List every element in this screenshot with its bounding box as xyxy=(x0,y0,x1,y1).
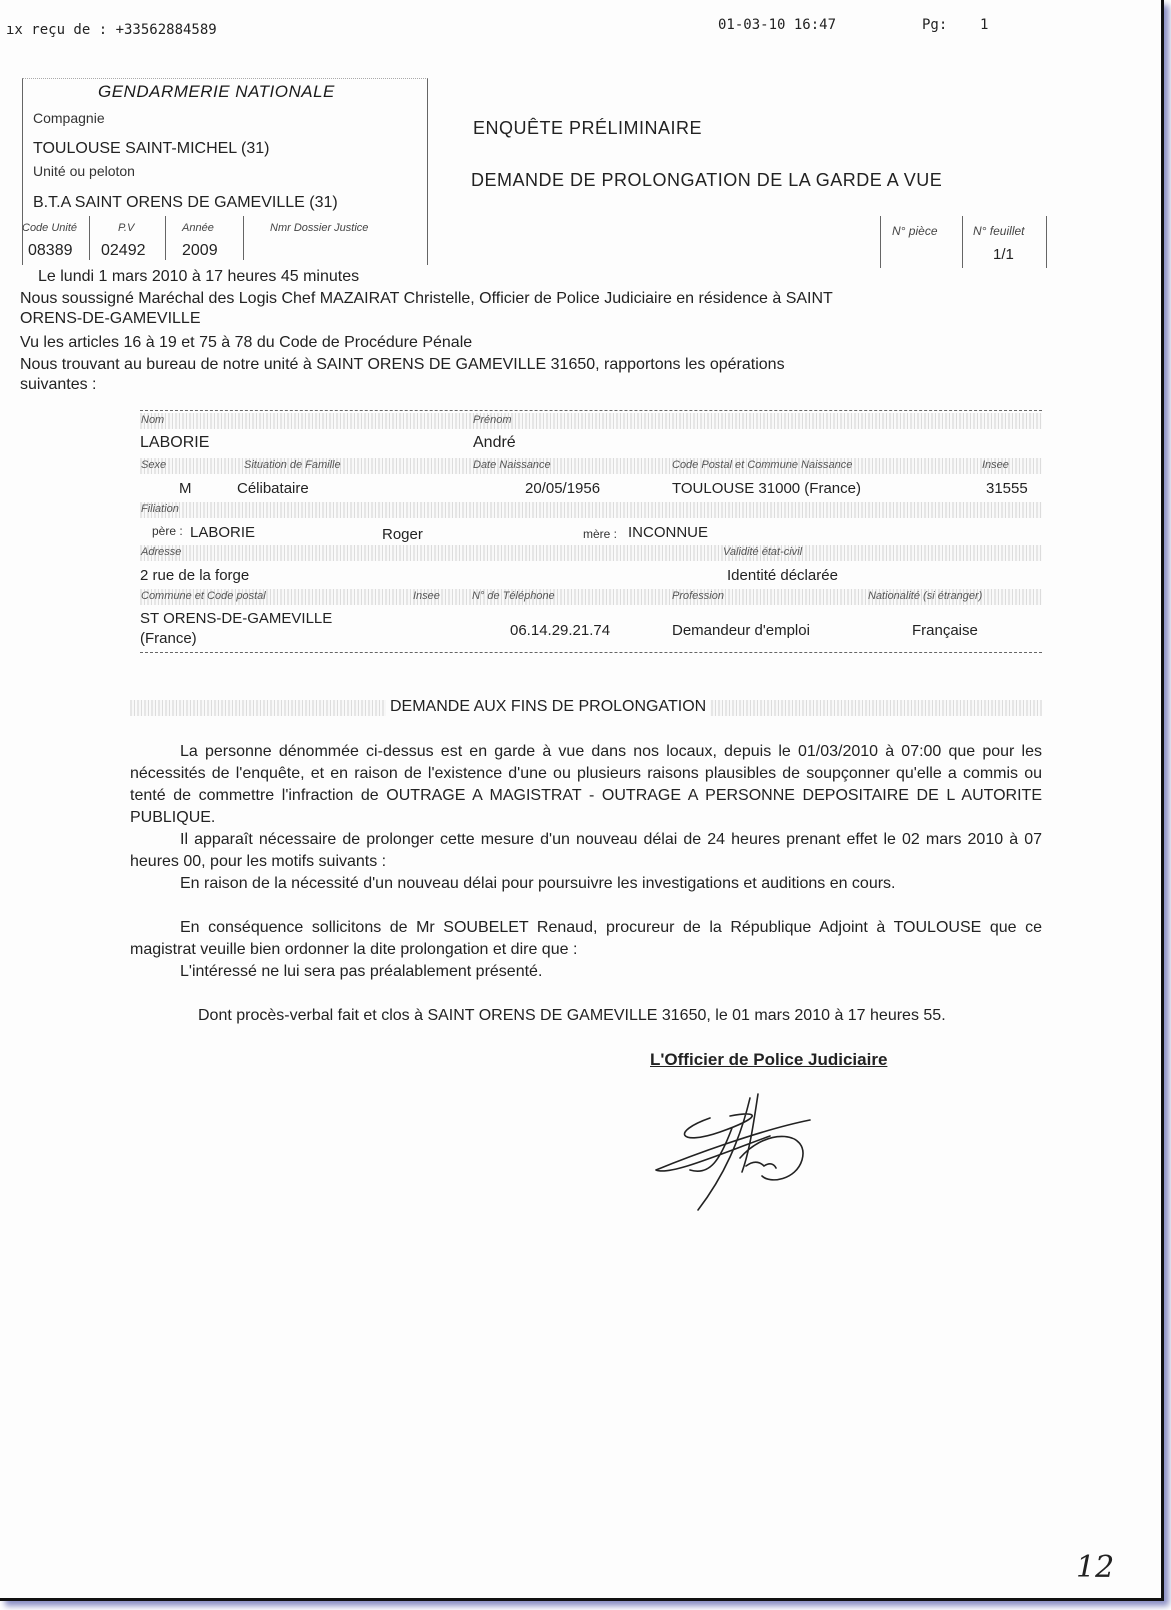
location-line-1: Nous trouvant au bureau de notre unité à… xyxy=(20,354,785,376)
nationalite-label: Nationalité (si étranger) xyxy=(868,590,982,602)
divider xyxy=(243,216,244,260)
officer-line-1: Nous soussigné Maréchal des Logis Chef M… xyxy=(20,288,833,310)
dossier-justice-label: Nmr Dossier Justice xyxy=(270,222,368,234)
lieu-naissance-label: Code Postal et Commune Naissance xyxy=(672,459,852,471)
pere-nom: LABORIE xyxy=(190,524,255,541)
paragraph-extension: Il apparaît nécessaire de prolonger cett… xyxy=(130,829,1042,873)
fax-page-number: 1 xyxy=(980,17,988,33)
fax-datetime: 01-03-10 16:47 xyxy=(718,17,836,33)
annee-value: 2009 xyxy=(182,242,218,260)
prenom-value: André xyxy=(473,434,516,452)
validite-label: Validité état-civil xyxy=(723,546,802,558)
label-band xyxy=(140,502,1042,518)
articles-line: Vu les articles 16 à 19 et 75 à 78 du Co… xyxy=(20,332,472,354)
code-unite-value: 08389 xyxy=(28,242,73,260)
date-line: Le lundi 1 mars 2010 à 17 heures 45 minu… xyxy=(38,266,359,288)
prenom-label: Prénom xyxy=(473,414,512,426)
signature-icon xyxy=(650,1080,840,1220)
divider xyxy=(1046,216,1047,268)
commune-label: Commune et Code postal xyxy=(141,590,266,602)
adresse-value: 2 rue de la forge xyxy=(140,567,249,584)
naissance-value: 20/05/1956 xyxy=(525,480,600,497)
piece-label: N° pièce xyxy=(892,224,938,238)
label-band xyxy=(140,545,1042,561)
company-label: Compagnie xyxy=(33,110,105,126)
situation-value: Célibataire xyxy=(237,480,309,497)
officer-line-2: ORENS-DE-GAMEVILLE xyxy=(20,308,200,330)
paragraph-request: En conséquence sollicitons de Mr SOUBELE… xyxy=(130,917,1042,961)
nom-value: LABORIE xyxy=(140,434,209,452)
code-unite-label: Code Unité xyxy=(22,222,77,234)
mere-label: mère : xyxy=(583,527,617,541)
validite-value: Identité déclarée xyxy=(727,567,838,584)
sexe-value: M xyxy=(179,480,192,497)
insee-value: 31555 xyxy=(986,480,1028,497)
unit-value: B.T.A SAINT ORENS DE GAMEVILLE (31) xyxy=(33,194,338,212)
handwritten-page-number: 12 xyxy=(1076,1550,1114,1585)
feuillet-value: 1/1 xyxy=(993,246,1014,263)
pv-value: 02492 xyxy=(101,242,146,260)
telephone-label: N° de Téléphone xyxy=(472,590,555,602)
situation-label: Situation de Famille xyxy=(244,459,341,471)
sexe-label: Sexe xyxy=(141,459,166,471)
unit-label: Unité ou peloton xyxy=(33,163,135,179)
location-line-2: suivantes : xyxy=(20,374,96,396)
fax-received-from: ıx reçu de : +33562884589 xyxy=(6,22,217,38)
paragraph-presentation: L'intéressé ne lui sera pas préalablemen… xyxy=(130,961,1042,983)
profession-value: Demandeur d'emploi xyxy=(672,622,810,639)
divider xyxy=(880,216,881,268)
lieu-naissance-value: TOULOUSE 31000 (France) xyxy=(672,480,861,497)
adresse-label: Adresse xyxy=(141,546,181,558)
scanned-document-page: ıx reçu de : +33562884589 01-03-10 16:47… xyxy=(0,0,1164,1601)
divider xyxy=(165,216,166,260)
divider xyxy=(140,410,1042,412)
telephone-value: 06.14.29.21.74 xyxy=(510,622,610,639)
paragraph-closing: Dont procès-verbal fait et clos à SAINT … xyxy=(130,1005,1042,1027)
commune-value-line-2: (France) xyxy=(140,630,197,647)
divider xyxy=(140,652,1042,654)
pv-label: P.V xyxy=(118,222,134,234)
insee2-label: Insee xyxy=(413,590,440,602)
annee-label: Année xyxy=(182,222,214,234)
company-value: TOULOUSE SAINT-MICHEL (31) xyxy=(33,140,270,158)
label-band xyxy=(140,413,1042,429)
feuillet-label: N° feuillet xyxy=(973,224,1025,238)
naissance-label: Date Naissance xyxy=(473,459,551,471)
divider xyxy=(962,216,963,268)
divider xyxy=(89,216,90,260)
paragraph-custody: La personne dénommée ci-dessus est en ga… xyxy=(130,741,1042,829)
procedure-title: ENQUÊTE PRÉLIMINAIRE xyxy=(473,118,702,139)
nationalite-value: Française xyxy=(912,622,978,639)
filiation-label: Filiation xyxy=(141,503,179,515)
commune-value-line-1: ST ORENS-DE-GAMEVILLE xyxy=(140,610,332,627)
nom-label: Nom xyxy=(141,414,164,426)
section-title: DEMANDE AUX FINS DE PROLONGATION xyxy=(386,698,710,716)
pere-prenom: Roger xyxy=(382,526,423,543)
mere-value: INCONNUE xyxy=(628,524,708,541)
pere-label: père : xyxy=(152,524,183,538)
document-title: DEMANDE DE PROLONGATION DE LA GARDE A VU… xyxy=(471,170,942,191)
signature-title: L'Officier de Police Judiciaire xyxy=(650,1050,887,1070)
profession-label: Profession xyxy=(672,590,724,602)
paragraph-reasons: En raison de la nécessité d'un nouveau d… xyxy=(130,873,1042,895)
fax-page-label: Pg: xyxy=(922,17,947,33)
insee-label: Insee xyxy=(982,459,1009,471)
organization-name: GENDARMERIE NATIONALE xyxy=(98,82,335,102)
